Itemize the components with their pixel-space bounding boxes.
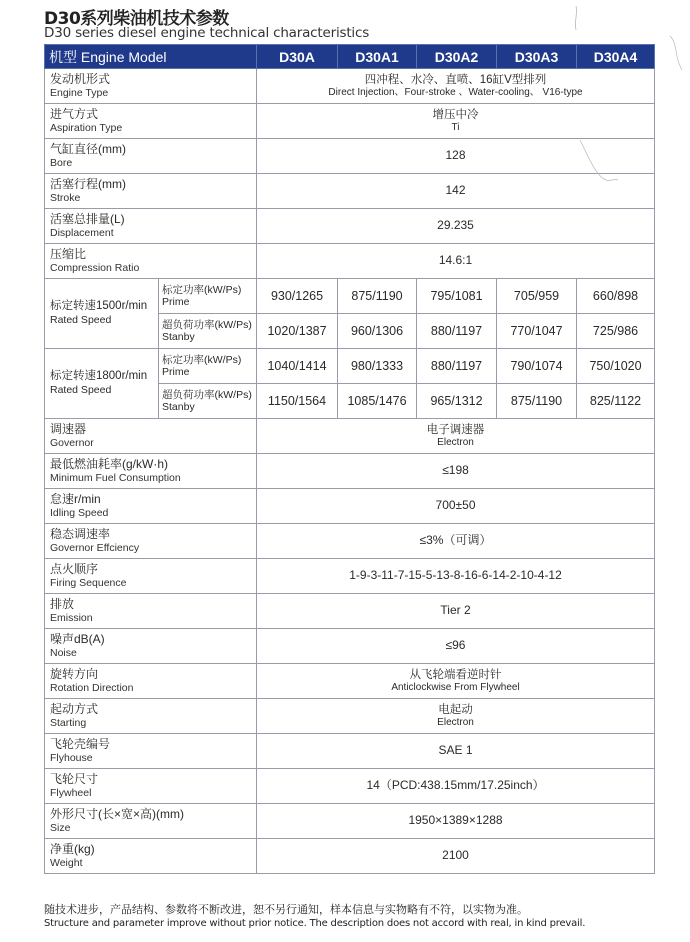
spec-row: 飞轮尺寸Flywheel14（PCD:438.15mm/17.25inch） — [45, 769, 655, 804]
power-value-cell: 660/898 — [577, 279, 655, 314]
row-label-en: Governor — [50, 437, 256, 449]
spec-row: 活塞总排量(L)Displacement29.235 — [45, 209, 655, 244]
model-header: D30A — [257, 45, 338, 69]
spec-value-cell: 29.235 — [257, 209, 655, 244]
row-label-en: Stanby — [162, 401, 256, 413]
row-label-zh: 压缩比 — [50, 248, 256, 262]
spec-value-zh: 从飞轮端看逆时针 — [257, 669, 654, 682]
spec-value-cell: ≤3%（可调） — [257, 524, 655, 559]
power-value-cell: 875/1190 — [338, 279, 417, 314]
row-label-en: Displacement — [50, 227, 256, 239]
row-label-en: Noise — [50, 647, 256, 659]
row-label-zh: 活塞行程(mm) — [50, 178, 256, 192]
row-label-en: Stanby — [162, 331, 256, 343]
spec-row: 活塞行程(mm)Stroke142 — [45, 174, 655, 209]
spec-row: 旋转方向Rotation Direction从飞轮端看逆时针Anticlockw… — [45, 664, 655, 699]
row-label-zh: 进气方式 — [50, 108, 256, 122]
row-label-zh: 净重(kg) — [50, 843, 256, 857]
row-label-zh: 标定功率(kW/Ps) — [162, 354, 256, 366]
power-value-cell: 1085/1476 — [338, 384, 417, 419]
scan-scratch-decoration — [570, 0, 690, 200]
power-value-cell: 825/1122 — [577, 384, 655, 419]
spec-value-cell: 14.6:1 — [257, 244, 655, 279]
row-label-zh: 超负荷功率(kW/Ps) — [162, 319, 256, 331]
spec-table: 机型 Engine Model D30A D30A1 D30A2 D30A3 D… — [44, 44, 655, 874]
power-value-cell: 880/1197 — [417, 349, 497, 384]
row-label-zh: 稳态调速率 — [50, 528, 256, 542]
spec-value-cell: ≤96 — [257, 629, 655, 664]
spec-label-cell: 进气方式Aspiration Type — [45, 104, 257, 139]
row-label-en: Stroke — [50, 192, 256, 204]
power-type-label-cell: 标定功率(kW/Ps)Prime — [159, 279, 257, 314]
power-value-cell: 960/1306 — [338, 314, 417, 349]
power-value-cell: 1150/1564 — [257, 384, 338, 419]
row-label-zh: 标定转速1500r/min — [50, 299, 158, 314]
row-label-en: Minimum Fuel Consumption — [50, 472, 256, 484]
spec-label-cell: 活塞总排量(L)Displacement — [45, 209, 257, 244]
row-label-zh: 调速器 — [50, 423, 256, 437]
row-label-zh: 排放 — [50, 598, 256, 612]
model-header: D30A3 — [497, 45, 577, 69]
spec-value-zh: 电子调速器 — [257, 424, 654, 437]
spec-value-en: Anticlockwise From Flywheel — [257, 682, 654, 694]
row-label-en: Governor Effciency — [50, 542, 256, 554]
spec-row: 进气方式Aspiration Type增压中冷Ti — [45, 104, 655, 139]
power-row: 标定转速1800r/minRated Speed标定功率(kW/Ps)Prime… — [45, 349, 655, 384]
row-label-en: Engine Type — [50, 87, 256, 99]
row-label-zh: 怠速r/min — [50, 493, 256, 507]
spec-row: 起动方式Starting电起动Electron — [45, 699, 655, 734]
disclaimer-en: Structure and parameter improve without … — [44, 918, 585, 929]
row-label-zh: 超负荷功率(kW/Ps) — [162, 389, 256, 401]
spec-value-cell: 电起动Electron — [257, 699, 655, 734]
row-label-en: Firing Sequence — [50, 577, 256, 589]
row-label-zh: 最低燃油耗率(g/kW·h) — [50, 458, 256, 472]
spec-value-en: Electron — [257, 437, 654, 449]
row-label-en: Flyhouse — [50, 752, 256, 764]
row-label-en: Idling Speed — [50, 507, 256, 519]
row-label-en: Aspiration Type — [50, 122, 256, 134]
spec-label-cell: 噪声dB(A)Noise — [45, 629, 257, 664]
spec-value-cell: 1-9-3-11-7-15-5-13-8-16-6-14-2-10-4-12 — [257, 559, 655, 594]
row-label-zh: 外形尺寸(长×宽×高)(mm) — [50, 808, 256, 822]
spec-value-cell: 1950×1389×1288 — [257, 804, 655, 839]
row-label-zh: 噪声dB(A) — [50, 633, 256, 647]
spec-label-cell: 起动方式Starting — [45, 699, 257, 734]
row-label-zh: 飞轮尺寸 — [50, 773, 256, 787]
rated-speed-label-cell: 标定转速1800r/minRated Speed — [45, 349, 159, 419]
spec-value-zh: 电起动 — [257, 704, 654, 717]
row-label-en: Starting — [50, 717, 256, 729]
spec-row: 调速器Governor电子调速器Electron — [45, 419, 655, 454]
spec-row: 外形尺寸(长×宽×高)(mm)Size1950×1389×1288 — [45, 804, 655, 839]
disclaimer-zh: 随技术进步，产品结构、参数将不断改进，恕不另行通知，样本信息与实物略有不符，以实… — [44, 901, 528, 917]
power-value-cell: 705/959 — [497, 279, 577, 314]
spec-label-cell: 飞轮壳编号Flyhouse — [45, 734, 257, 769]
spec-row: 稳态调速率Governor Effciency≤3%（可调） — [45, 524, 655, 559]
spec-label-cell: 外形尺寸(长×宽×高)(mm)Size — [45, 804, 257, 839]
spec-label-cell: 最低燃油耗率(g/kW·h)Minimum Fuel Consumption — [45, 454, 257, 489]
power-value-cell: 770/1047 — [497, 314, 577, 349]
power-type-label-cell: 标定功率(kW/Ps)Prime — [159, 349, 257, 384]
spec-row: 噪声dB(A)Noise≤96 — [45, 629, 655, 664]
row-label-en: Rated Speed — [50, 384, 158, 398]
spec-label-cell: 飞轮尺寸Flywheel — [45, 769, 257, 804]
row-label-zh: 标定功率(kW/Ps) — [162, 284, 256, 296]
model-header: D30A2 — [417, 45, 497, 69]
row-label-en: Prime — [162, 366, 256, 378]
row-label-en: Emission — [50, 612, 256, 624]
power-type-label-cell: 超负荷功率(kW/Ps)Stanby — [159, 314, 257, 349]
spec-row: 压缩比Compression Ratio14.6:1 — [45, 244, 655, 279]
spec-value-cell: ≤198 — [257, 454, 655, 489]
spec-value-cell: 700±50 — [257, 489, 655, 524]
power-type-label-cell: 超负荷功率(kW/Ps)Stanby — [159, 384, 257, 419]
row-label-zh: 点火顺序 — [50, 563, 256, 577]
power-row: 标定转速1500r/minRated Speed标定功率(kW/Ps)Prime… — [45, 279, 655, 314]
spec-row: 气缸直径(mm)Bore128 — [45, 139, 655, 174]
power-value-cell: 1040/1414 — [257, 349, 338, 384]
spec-value-cell: 从飞轮端看逆时针Anticlockwise From Flywheel — [257, 664, 655, 699]
power-value-cell: 880/1197 — [417, 314, 497, 349]
spec-label-cell: 怠速r/minIdling Speed — [45, 489, 257, 524]
rated-speed-label-cell: 标定转速1500r/minRated Speed — [45, 279, 159, 349]
header-row: 机型 Engine Model D30A D30A1 D30A2 D30A3 D… — [45, 45, 655, 69]
row-label-zh: 标定转速1800r/min — [50, 369, 158, 384]
spec-row: 怠速r/minIdling Speed700±50 — [45, 489, 655, 524]
spec-value-en: Electron — [257, 717, 654, 729]
row-label-en: Weight — [50, 857, 256, 869]
row-label-zh: 发动机形式 — [50, 73, 256, 87]
row-label-zh: 起动方式 — [50, 703, 256, 717]
row-label-zh: 气缸直径(mm) — [50, 143, 256, 157]
spec-row: 发动机形式Engine Type四冲程、水冷、直喷、16缸V型排列Direct … — [45, 69, 655, 104]
power-value-cell: 965/1312 — [417, 384, 497, 419]
spec-value-cell: SAE 1 — [257, 734, 655, 769]
spec-label-cell: 点火顺序Firing Sequence — [45, 559, 257, 594]
spec-label-cell: 压缩比Compression Ratio — [45, 244, 257, 279]
spec-row: 飞轮壳编号FlyhouseSAE 1 — [45, 734, 655, 769]
spec-value-cell: 14（PCD:438.15mm/17.25inch） — [257, 769, 655, 804]
engine-model-header: 机型 Engine Model — [45, 45, 257, 69]
row-label-en: Rated Speed — [50, 314, 158, 328]
spec-label-cell: 气缸直径(mm)Bore — [45, 139, 257, 174]
power-value-cell: 980/1333 — [338, 349, 417, 384]
row-label-en: Rotation Direction — [50, 682, 256, 694]
page-title-en: D30 series diesel engine technical chara… — [44, 25, 369, 41]
spec-label-cell: 发动机形式Engine Type — [45, 69, 257, 104]
row-label-zh: 旋转方向 — [50, 668, 256, 682]
power-value-cell: 790/1074 — [497, 349, 577, 384]
spec-row: 最低燃油耗率(g/kW·h)Minimum Fuel Consumption≤1… — [45, 454, 655, 489]
row-label-en: Compression Ratio — [50, 262, 256, 274]
spec-label-cell: 旋转方向Rotation Direction — [45, 664, 257, 699]
spec-row: 排放EmissionTier 2 — [45, 594, 655, 629]
spec-value-cell: 电子调速器Electron — [257, 419, 655, 454]
row-label-en: Bore — [50, 157, 256, 169]
spec-label-cell: 净重(kg)Weight — [45, 839, 257, 874]
spec-row: 点火顺序Firing Sequence1-9-3-11-7-15-5-13-8-… — [45, 559, 655, 594]
power-value-cell: 750/1020 — [577, 349, 655, 384]
power-value-cell: 795/1081 — [417, 279, 497, 314]
row-label-zh: 活塞总排量(L) — [50, 213, 256, 227]
row-label-en: Flywheel — [50, 787, 256, 799]
model-header: D30A1 — [338, 45, 417, 69]
spec-row: 净重(kg)Weight2100 — [45, 839, 655, 874]
spec-label-cell: 活塞行程(mm)Stroke — [45, 174, 257, 209]
row-label-zh: 飞轮壳编号 — [50, 738, 256, 752]
spec-label-cell: 排放Emission — [45, 594, 257, 629]
spec-label-cell: 稳态调速率Governor Effciency — [45, 524, 257, 559]
spec-value-cell: 2100 — [257, 839, 655, 874]
row-label-en: Prime — [162, 296, 256, 308]
spec-value-cell: Tier 2 — [257, 594, 655, 629]
power-value-cell: 1020/1387 — [257, 314, 338, 349]
power-value-cell: 725/986 — [577, 314, 655, 349]
spec-label-cell: 调速器Governor — [45, 419, 257, 454]
power-value-cell: 930/1265 — [257, 279, 338, 314]
row-label-en: Size — [50, 822, 256, 834]
power-value-cell: 875/1190 — [497, 384, 577, 419]
